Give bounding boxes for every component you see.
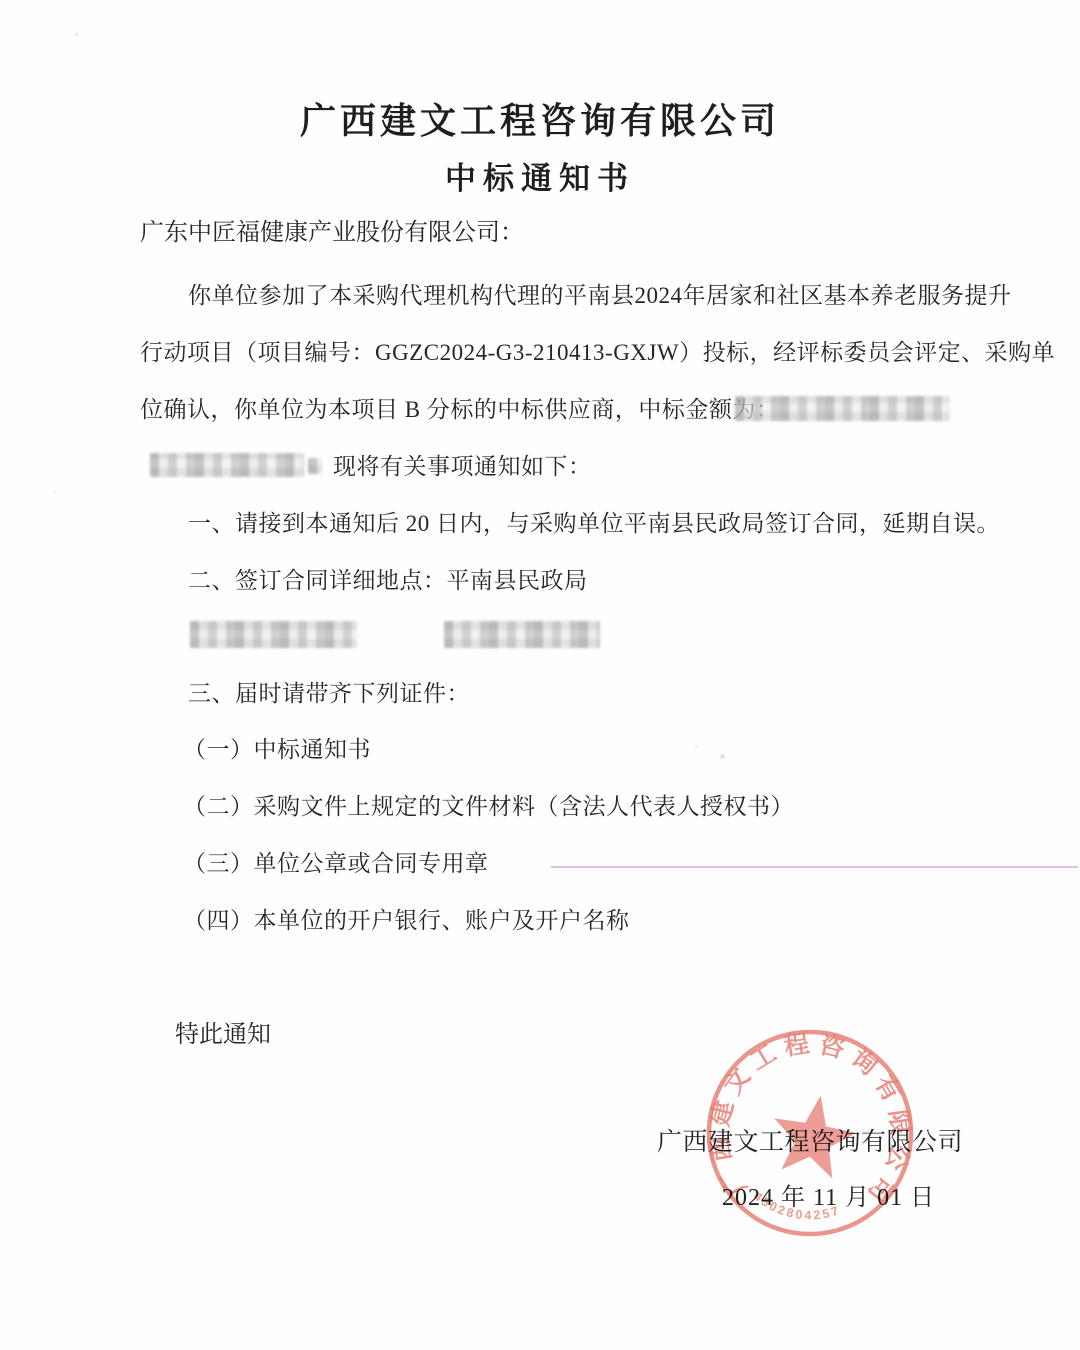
certificate-3: （三）单位公章或合同专用章 (183, 852, 489, 875)
paragraph-line-4: 现将有关事项通知如下： (333, 455, 592, 478)
redacted-contact-phone (444, 621, 600, 648)
redacted-award-amount (735, 396, 950, 421)
redacted-amount-continued (150, 453, 304, 477)
scanned-award-notice-page: 广西建文工程咨询有限公司 中标通知书 广东中匠福健康产业股份有限公司： 你单位参… (0, 0, 1080, 1350)
company-seal-stamp: 广西建文工程咨询有限公司 4502804257 (695, 1018, 925, 1248)
paragraph-line-3: 位确认，你单位为本项目 B 分标的中标供应商，中标金额为： (140, 398, 779, 421)
seal-serial-number: 4502804257 (751, 1189, 843, 1222)
seal-star (766, 1088, 862, 1181)
paragraph-line-2: 行动项目（项目编号：GGZC2024-G3-210413-GXJW）投标，经评标… (140, 341, 1055, 364)
paragraph-line-1: 你单位参加了本采购代理机构代理的平南县2024年居家和社区基本养老服务提升 (188, 284, 1012, 307)
item-1: 一、请接到本通知后 20 日内，与采购单位平南县民政局签订合同，延期自误。 (188, 512, 1000, 535)
item-2: 二、签订合同详细地点：平南县民政局 (188, 569, 588, 592)
certificate-2: （二）采购文件上规定的文件材料（含法人代表人授权书） (183, 795, 794, 818)
addressee-line: 广东中匠福健康产业股份有限公司： (140, 221, 524, 245)
certificate-1: （一）中标通知书 (183, 738, 371, 761)
scan-noise (75, 33, 78, 36)
redacted-period (308, 458, 322, 474)
closing-phrase: 特此通知 (175, 1023, 271, 1047)
document-title: 中标通知书 (0, 163, 1080, 194)
item-3: 三、届时请带齐下列证件： (188, 682, 470, 705)
scan-artifact-pink-line (551, 866, 1078, 868)
redacted-contact-name (190, 621, 357, 648)
seal-serial-holder: 4502804257 (751, 1189, 843, 1222)
certificate-4: （四）本单位的开户银行、账户及开户名称 (183, 909, 630, 932)
company-title: 广西建文工程咨询有限公司 (0, 103, 1080, 139)
